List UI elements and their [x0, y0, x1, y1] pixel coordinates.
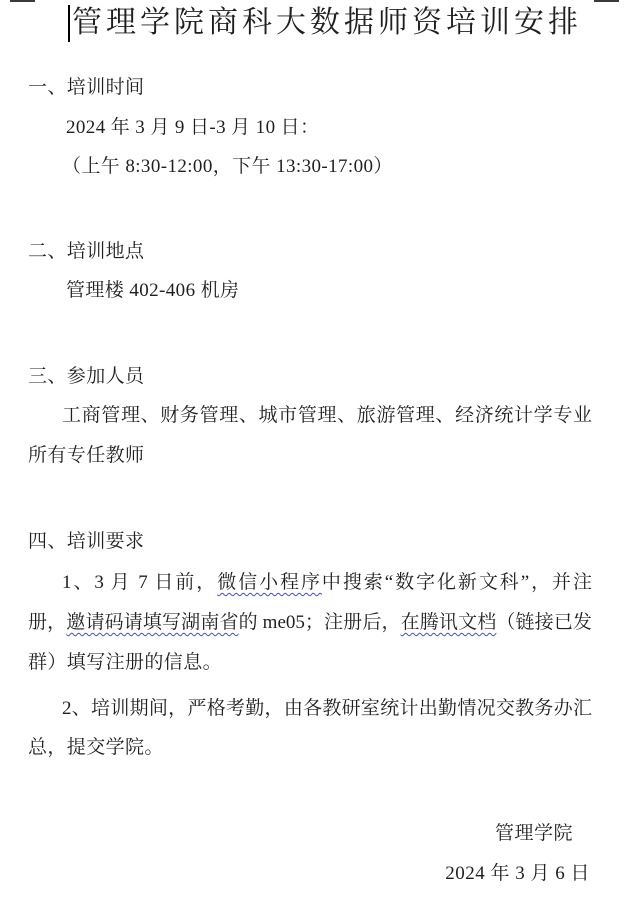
signature-date: 2024 年 3 月 6 日: [28, 862, 590, 886]
requirement2-line2: 总，提交学院。: [28, 736, 592, 760]
section1-heading: 一、培训时间: [28, 76, 592, 100]
training-hours-line: （上午 8:30-12:00，下午 13:30-17:00）: [62, 155, 592, 179]
signature-organization: 管理学院: [28, 822, 573, 846]
spellcheck-underline-wechat: 微信小程序: [217, 572, 322, 593]
page-margin-mark-right: [594, 0, 619, 2]
title-row: 管理学院商科大数据师资培训安排: [0, 4, 640, 42]
training-date-line: 2024 年 3 月 9 日-3 月 10 日：: [66, 116, 592, 140]
participants-line1: 工商管理、财务管理、城市管理、旅游管理、经济统计学专业: [62, 404, 592, 428]
section3-heading: 三、参加人员: [28, 365, 592, 389]
document-title: 管理学院商科大数据师资培训安排: [72, 4, 582, 42]
text-cursor-caret: [68, 5, 70, 42]
requirement1-line1: 1、3 月 7 日前，微信小程序中搜索“数字化新文科”，并注: [62, 571, 592, 595]
training-location-line: 管理楼 402-406 机房: [66, 279, 592, 303]
section2-heading: 二、培训地点: [28, 240, 592, 264]
req1-l1-text2: 中搜索“数字化新文科”，并注: [322, 572, 592, 593]
page-margin-mark-left: [10, 0, 35, 2]
spellcheck-underline-invite-code: 邀请码请填写湖南省: [66, 612, 238, 633]
section4-heading: 四、培训要求: [28, 530, 592, 554]
participants-line2: 所有专任教师: [28, 444, 592, 468]
req1-l2-text3: （链接已发: [496, 612, 592, 633]
requirement2-line1: 2、培训期间，严格考勤，由各教研室统计出勤情况交教务办汇: [62, 697, 592, 721]
req1-l2-text2: 的 me05；注册后，: [239, 612, 401, 633]
document-page[interactable]: 管理学院商科大数据师资培训安排 一、培训时间 2024 年 3 月 9 日-3 …: [0, 0, 640, 908]
spellcheck-underline-tencent-docs: 在腾讯文档: [401, 612, 497, 633]
requirement1-line3: 群）填写注册的信息。: [28, 651, 592, 675]
req1-l2-text: 册，: [28, 612, 66, 633]
requirement1-line2: 册，邀请码请填写湖南省的 me05；注册后，在腾讯文档（链接已发: [28, 611, 592, 635]
req1-l1-text: 1、3 月 7 日前，: [62, 572, 217, 593]
